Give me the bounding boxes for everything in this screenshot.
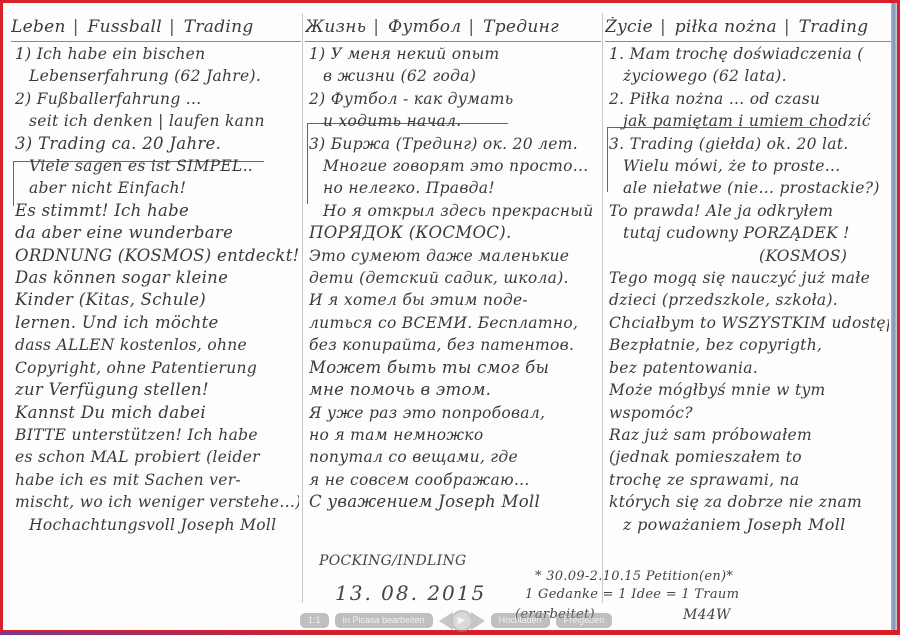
letter-line: dzieci (przedszkole, szkoła). xyxy=(609,289,889,311)
letter-line: ORDNUNG (KOSMOS) entdeckt! xyxy=(15,245,299,267)
letter-line: dass ALLEN kostenlos, ohne xyxy=(15,334,299,356)
letter-line: zur Verfügung stellen! xyxy=(15,379,299,401)
letter-line: trochę ze sprawami, na xyxy=(609,469,889,491)
column-divider xyxy=(602,13,603,603)
letter-line: Może mógłbyś mnie w tym xyxy=(609,379,889,401)
letter-line: ПОРЯДОК (КОСМОС). xyxy=(309,222,599,244)
letter-line: lernen. Und ich möchte xyxy=(15,312,299,334)
letter-date: 13. 08. 2015 xyxy=(335,581,486,605)
window-edge xyxy=(891,3,897,630)
share-button[interactable]: Freigeben xyxy=(556,613,613,628)
header-life: Leben xyxy=(11,17,66,37)
column-header: Leben| Fussball| Trading xyxy=(11,17,301,42)
footnote-petition: * 30.09-2.10.15 Petition(en)* xyxy=(535,569,733,584)
letter-lines: 1) Ich habe ein bischen Lebenserfahrung … xyxy=(15,43,299,536)
letter-line: Bezpłatnie, bez copyrigth, xyxy=(609,334,889,356)
letter-line: BITTE unterstützen! Ich habe xyxy=(15,424,299,446)
letter-line: Copyright, ohne Patentierung xyxy=(15,357,299,379)
letter-line: И я хотел бы этим поде- xyxy=(309,289,599,311)
actual-size-button[interactable]: 1:1 xyxy=(300,613,329,628)
header-life: Жизнь xyxy=(305,17,366,37)
letter-line: ale niełatwe (nie... prostackie?) xyxy=(609,177,889,199)
header-trading: Trading xyxy=(184,17,254,37)
column-header: Życie| piłka nożna| Trading xyxy=(605,17,891,42)
letter-line: da aber eine wunderbare xyxy=(15,222,299,244)
footnote-code: M44W xyxy=(683,607,731,623)
header-trading: Trading xyxy=(799,17,869,37)
arrow-right-icon[interactable] xyxy=(471,612,485,630)
letter-line: aber nicht Einfach! xyxy=(15,177,299,199)
letter-line: попутал со вещами, где xyxy=(309,446,599,468)
letter-line: 3) Биржа (Трединг) ок. 20 лет. xyxy=(309,133,599,155)
letter-line: jak pamiętam i umiem chodzić xyxy=(609,110,889,132)
letter-line: Lebenserfahrung (62 Jahre). xyxy=(15,65,299,87)
letter-line: в жизни (62 года) xyxy=(309,65,599,87)
column-divider xyxy=(302,13,303,603)
letter-line: Может быть ты смог бы xyxy=(309,357,599,379)
upload-button[interactable]: Hochladen xyxy=(491,613,550,628)
letter-line: Wielu mówi, że to proste... xyxy=(609,155,889,177)
letter-line: Kinder (Kitas, Schule) xyxy=(15,289,299,311)
letter-line: дети (детский садик, школа). xyxy=(309,267,599,289)
letter-line: 2) Fußballerfahrung ... xyxy=(15,88,299,110)
header-football: Футбол xyxy=(388,17,461,37)
column-header: Жизнь| Футбол| Трединг xyxy=(305,17,601,42)
letter-line: habe ich es mit Sachen ver- xyxy=(15,469,299,491)
letter-line: Raz już sam próbowałem xyxy=(609,424,889,446)
column-polish: Życie| piłka nożna| Trading 1. Mam troch… xyxy=(605,3,891,603)
letter-line: życiowego (62 lata). xyxy=(609,65,889,87)
letter-line: Chciałbym to WSZYSTKIM udostępnić xyxy=(609,312,889,334)
letter-line: Многие говорят это просто... xyxy=(309,155,599,177)
letter-line: литься со ВСЕМИ. Бесплатно, xyxy=(309,312,599,334)
letter-line: Tego mogą się nauczyć już małe xyxy=(609,267,889,289)
letter-line: Viele sagen es ist SIMPEL.. xyxy=(15,155,299,177)
edit-in-picasa-button[interactable]: In Picasa bearbeiten xyxy=(335,613,433,628)
letter-line: 3. Trading (giełda) ok. 20 lat. xyxy=(609,133,889,155)
header-football: Fussball xyxy=(88,17,162,37)
letter-line: których się za dobrze nie znam xyxy=(609,491,889,513)
letter-line: без копирайта, без патентов. xyxy=(309,334,599,356)
letter-line: 1) У меня некий опыт xyxy=(309,43,599,65)
letter-line: я не совсем соображаю... xyxy=(309,469,599,491)
letter-line: и ходить начал. xyxy=(309,110,599,132)
letter-line: 1) Ich habe ein bischen xyxy=(15,43,299,65)
letter-line: 3) Trading ca. 20 Jahre. xyxy=(15,133,299,155)
footnote-idea: 1 Gedanke = 1 Idee = 1 Traum xyxy=(525,587,739,602)
letter-line: 2. Piłka nożna ... od czasu xyxy=(609,88,889,110)
letter-line: bez patentowania. xyxy=(609,357,889,379)
letter-signature: Hochachtungsvoll Joseph Moll xyxy=(15,514,299,536)
letter-line: tutaj cudowny PORZĄDEK ! xyxy=(609,222,889,244)
column-german: Leben| Fussball| Trading 1) Ich habe ein… xyxy=(11,3,301,603)
letter-line: mischt, wo ich weniger verstehe...) xyxy=(15,491,299,513)
letter-line: (jednak pomieszałem to xyxy=(609,446,889,468)
image-viewer-canvas: Leben| Fussball| Trading 1) Ich habe ein… xyxy=(3,3,891,630)
letter-line: Es stimmt! Ich habe xyxy=(15,200,299,222)
column-russian: Жизнь| Футбол| Трединг 1) У меня некий о… xyxy=(305,3,601,603)
viewer-controls: 1:1 In Picasa bearbeiten ▶ Hochladen Fre… xyxy=(300,611,612,630)
letter-line: To prawda! Ale ja odkryłem xyxy=(609,200,889,222)
letter-signature: С уважением Joseph Moll xyxy=(309,491,599,513)
place-name: POCKING/INDLING xyxy=(319,553,467,569)
slideshow-nav: ▶ xyxy=(439,610,485,632)
header-trading: Трединг xyxy=(483,17,559,37)
letter-lines: 1. Mam trochę doświadczenia ( życiowego … xyxy=(609,43,889,536)
letter-line: (KOSMOS) xyxy=(609,245,889,267)
letter-line: но я там немножко xyxy=(309,424,599,446)
letter-signature: z poważaniem Joseph Moll xyxy=(609,514,889,536)
play-icon[interactable]: ▶ xyxy=(451,610,473,632)
letter-line: Я уже раз это попробовал, xyxy=(309,402,599,424)
letter-line: Das können sogar kleine xyxy=(15,267,299,289)
letter-line: Kannst Du mich dabei xyxy=(15,402,299,424)
letter-line: Но я открыл здесь прекрасный xyxy=(309,200,599,222)
letter-line: Это сумеют даже маленькие xyxy=(309,245,599,267)
letter-line: seit ich denken | laufen kann xyxy=(15,110,299,132)
letter-lines: 1) У меня некий опыт в жизни (62 года) 2… xyxy=(309,43,599,514)
letter-line: wspomóc? xyxy=(609,402,889,424)
letter-line: 2) Футбол - как думать xyxy=(309,88,599,110)
letter-line: мне помочь в этом. xyxy=(309,379,599,401)
header-life: Życie xyxy=(605,17,653,37)
letter-line: 1. Mam trochę doświadczenia ( xyxy=(609,43,889,65)
letter-line: но нелегко. Правда! xyxy=(309,177,599,199)
header-football: piłka nożna xyxy=(675,17,777,37)
letter-line: es schon MAL probiert (leider xyxy=(15,446,299,468)
